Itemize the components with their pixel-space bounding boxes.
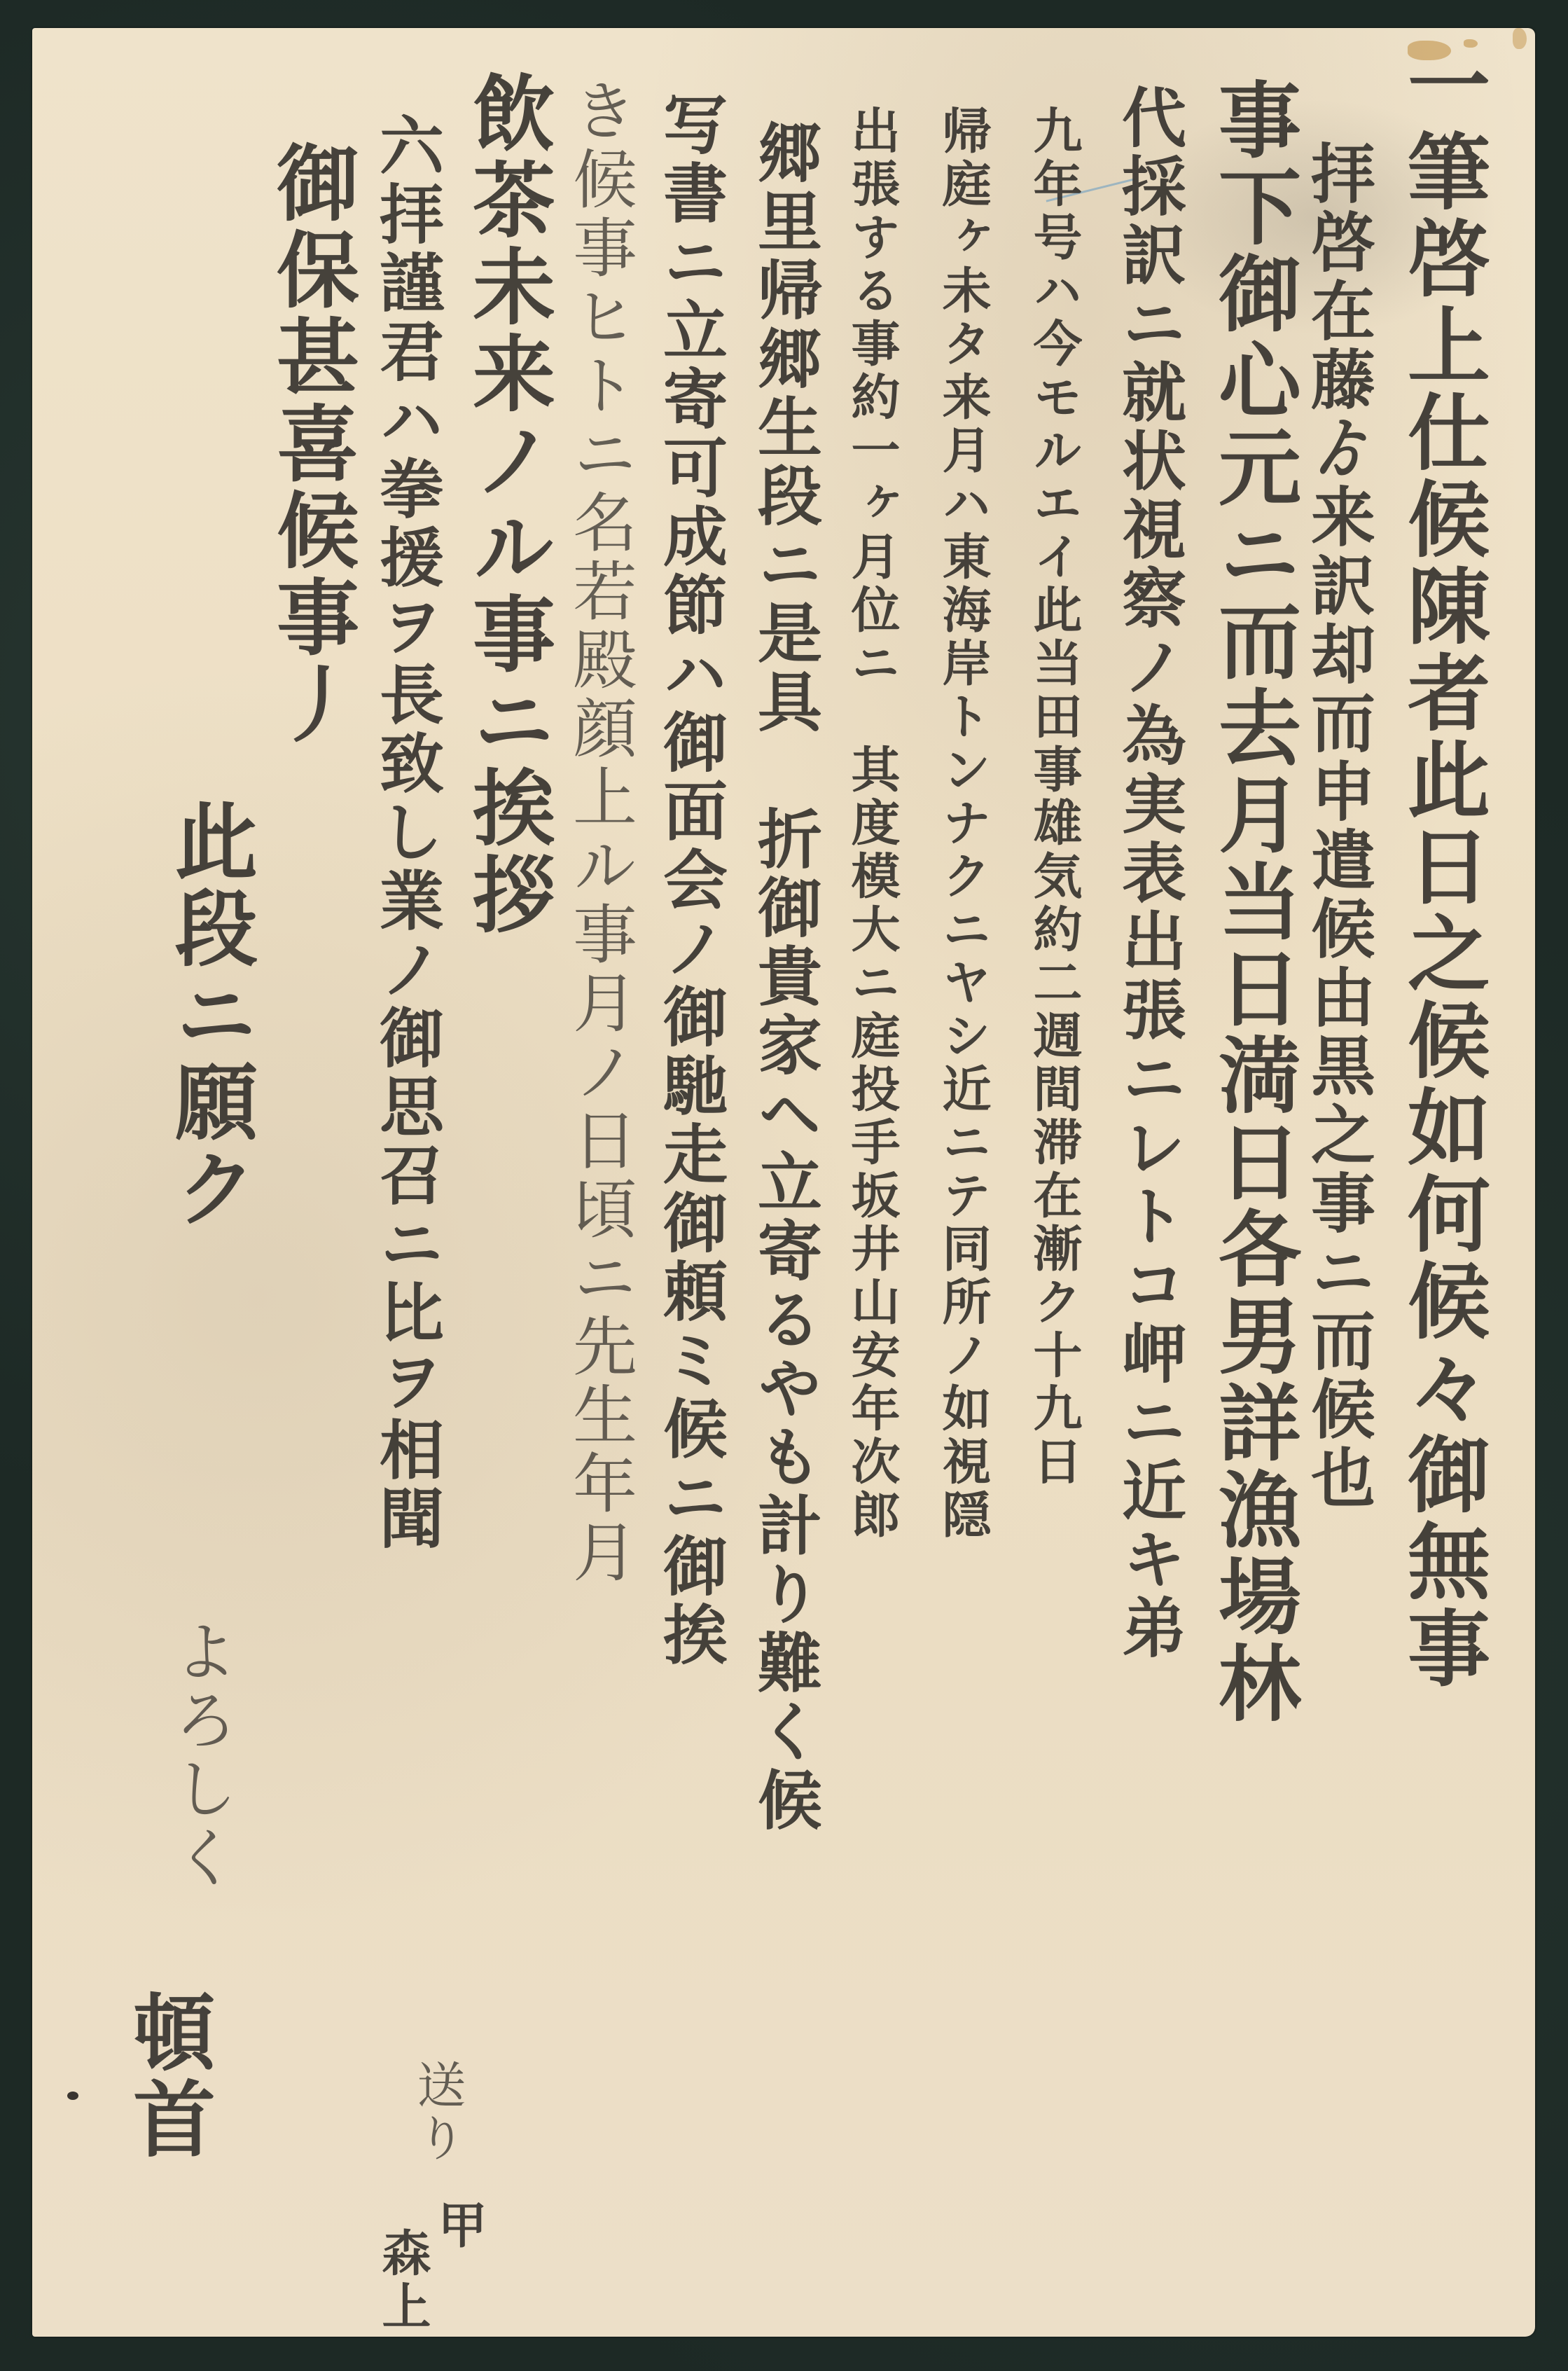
text-column-15: よろしく xyxy=(168,1618,233,1893)
sender-name: 森上 xyxy=(378,2227,427,2334)
text-column-13: 御保甚喜候事丿 xyxy=(270,140,352,748)
sender-note: 送り xyxy=(413,2059,462,2166)
text-column-12: 六拝謹君ハ拳援ヲ長致し業ノ御思召ニ比ヲ相聞 xyxy=(375,112,439,1554)
text-column-4: 代採訳ニ就状視察ノ為実表出張ニレトコ岬ニ近キ弟 xyxy=(1117,84,1181,1663)
text-column-11: 飲茶未来ノル事ニ挨拶 xyxy=(466,70,548,939)
name-mark: 甲 xyxy=(434,2199,483,2253)
text-column-10: き候事ヒトニ名若殿顔上ル事月ノ日頃ニ先生年月 xyxy=(567,77,632,1587)
text-column-1: 一筆啓上仕候陳者此日之候如何候々御無事 xyxy=(1401,42,1483,1692)
ink-dot xyxy=(67,2092,78,2100)
text-column-5: 九年号ハ今モルエイ此当田事雄気約二週間滞在漸ク十九日 xyxy=(1029,105,1078,1489)
closing-salutation: 頓首 xyxy=(126,1989,209,2163)
text-column-7: 出張する事約一ヶ月位ニ 其度模大ニ庭投手坂井山安年次郎 xyxy=(847,105,896,1542)
text-column-14: 此段ニ願ク xyxy=(168,799,251,1233)
age-stain xyxy=(1513,28,1527,49)
text-column-3: 事下御心元ニ而去月当日満日各男詳漁場林 xyxy=(1212,77,1294,1727)
text-column-6: 帰庭ヶ未タ来月ハ東海岸トンナクニヤシ近ニテ同所ノ如視隠 xyxy=(938,105,987,1542)
text-column-9: 写書ニ立寄可成節ハ御面会ノ御馳走御頼ミ候ニ御挨 xyxy=(658,91,723,1670)
text-column-8: 郷里帰郷生段ニ是具 折御貴家ヘ立寄るやも計り難く候 xyxy=(753,119,817,1835)
text-column-2: 拝啓在藤ゟ来訳却而申遣候由黒之事ニ而候也 xyxy=(1306,140,1371,1513)
